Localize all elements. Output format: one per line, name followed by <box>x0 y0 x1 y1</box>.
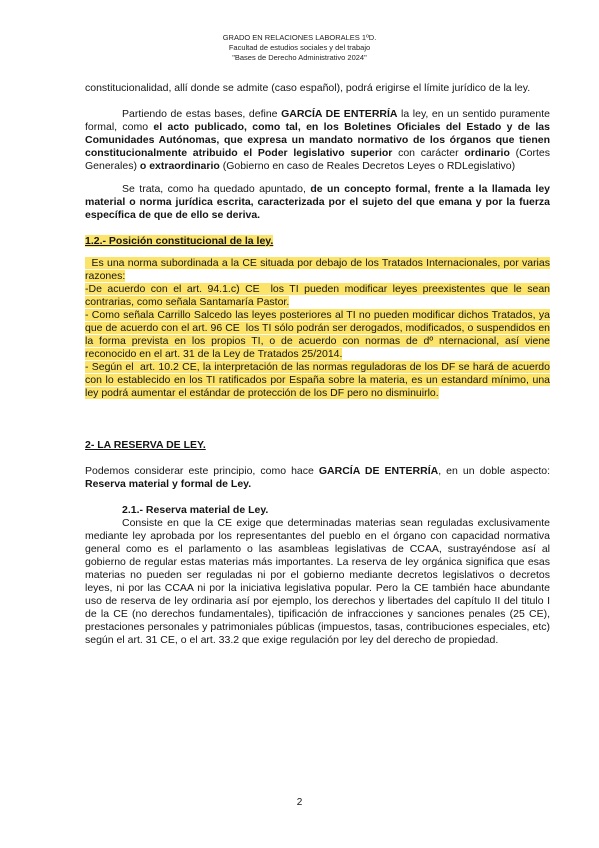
header-course-line: "Bases de Derecho Administrativo 2024" <box>0 53 599 63</box>
paragraph-reserva-material-body: Consiste en que la CE exige que determin… <box>85 517 550 647</box>
header-faculty-line: Facultad de estudios sociales y del trab… <box>0 43 599 53</box>
highlighted-text: - Como señala Carrillo Salcedo las leyes… <box>85 309 550 360</box>
heading-reserva-material: 2.1.- Reserva material de Ley. <box>85 504 550 517</box>
text-segment: Se trata, como ha quedado apuntado, <box>122 183 310 195</box>
highlighted-text: -De acuerdo con el art. 94.1.c) CE los T… <box>85 283 550 308</box>
text-segment-bold: Reserva material y formal de Ley. <box>85 478 251 490</box>
document-page: GRADO EN RELACIONES LABORALES 1ºD. Facul… <box>0 0 599 848</box>
text-segment-bold: GARCÍA DE ENTERRÍA <box>319 465 438 477</box>
paragraph-garcia-definition: Partiendo de estas bases, define GARCÍA … <box>85 108 550 173</box>
highlighted-paragraph-norma-subordinada: Es una norma subordinada a la CE situada… <box>85 257 550 283</box>
paragraph-concepto-formal: Se trata, como ha quedado apuntado, de u… <box>85 183 550 222</box>
text-segment: , en un doble aspecto: <box>438 465 550 477</box>
highlighted-paragraph-carrillo-salcedo: - Como señala Carrillo Salcedo las leyes… <box>85 309 550 361</box>
document-header: GRADO EN RELACIONES LABORALES 1ºD. Facul… <box>0 0 599 63</box>
paragraph-constitucionalidad: constitucionalidad, allí donde se admite… <box>85 82 550 95</box>
heading-posicion-constitucional: 1.2.- Posición constitucional de la ley. <box>85 235 550 248</box>
document-body: constitucionalidad, allí donde se admite… <box>85 82 550 647</box>
highlighted-paragraph-art-10-2: - Según el art. 10.2 CE, la interpretaci… <box>85 361 550 400</box>
highlighted-heading-text: 1.2.- Posición constitucional de la ley. <box>85 235 273 247</box>
heading-reserva-de-ley: 2- LA RESERVA DE LEY. <box>85 439 550 452</box>
page-number: 2 <box>0 797 599 808</box>
text-segment-bold: o extraordinario <box>140 160 220 172</box>
highlighted-text: Es una norma subordinada a la CE situada… <box>85 257 550 282</box>
highlighted-paragraph-art-94: -De acuerdo con el art. 94.1.c) CE los T… <box>85 283 550 309</box>
header-degree-line: GRADO EN RELACIONES LABORALES 1ºD. <box>0 33 599 43</box>
text-segment-bold: ordinario <box>464 147 510 159</box>
text-segment: Partiendo de estas bases, define <box>122 108 281 120</box>
highlighted-text: - Según el art. 10.2 CE, la interpretaci… <box>85 361 550 399</box>
text-segment: (Gobierno en caso de Reales Decretos Ley… <box>220 160 515 172</box>
paragraph-doble-aspecto: Podemos considerar este principio, como … <box>85 465 550 491</box>
text-segment: Podemos considerar este principio, como … <box>85 465 319 477</box>
text-segment-bold: GARCÍA DE ENTERRÍA <box>281 108 397 120</box>
text-segment: con carácter <box>392 147 464 159</box>
